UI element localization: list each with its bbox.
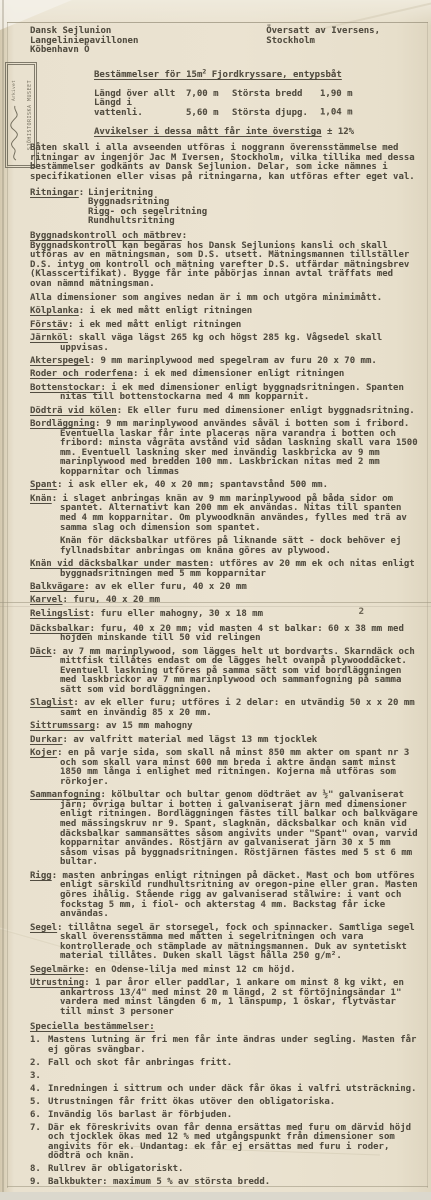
spec-section: Spant: i ask eller ek, 40 x 20 mm; spant… <box>30 481 420 491</box>
spec-section-term: Kojer <box>30 748 57 758</box>
spec-section-body: Byggnadskontroll kan begäras hos Dansk S… <box>30 242 420 290</box>
page-border-top <box>7 22 428 23</box>
spec-section-body: av 15 mm mahogny <box>106 721 193 731</box>
special-rule-text: Utrustningen får fritt ökas utöver den o… <box>48 1097 335 1107</box>
spec-section: Kojer: en på varje sida, som skall nå mi… <box>30 749 420 787</box>
spec-section-body: Ek eller furu med dimensioner enligt byg… <box>128 406 415 416</box>
special-rule-text: Inredningen i sittrum och under däck får… <box>48 1084 416 1094</box>
stamp-department-label: Arkivet <box>12 80 17 101</box>
spec-section: Knän: i slaget anbringas knän av 9 mm ma… <box>30 495 420 533</box>
spec-section-body: av ek eller furu; utföres i 2 delar: en … <box>60 698 415 718</box>
title-pre: Bestämmelser för 15m <box>94 70 202 80</box>
spec-section: Durkar: av valfritt material med lägst 1… <box>30 736 420 746</box>
special-rule-text: Balkbukter: maximum 5 % av största bredd… <box>48 1177 270 1187</box>
sender-address: Dansk SejlunionLangeliniepavillonenKöben… <box>30 27 138 56</box>
spec-section-term: Knän <box>30 494 52 504</box>
dimension-cell: 5,60 m <box>186 109 232 119</box>
special-rule-item: 3. <box>30 1072 420 1082</box>
spec-section: Slaglist: av ek eller furu; utföres i 2 … <box>30 699 420 718</box>
note-line: Alla dimensioner som angives nedan är i … <box>30 294 420 304</box>
spec-section-body: skall väga lägst 265 kg och högst 285 kg… <box>60 333 382 353</box>
special-rule-text: Mastens lutning är fri men får inte ändr… <box>48 1035 416 1055</box>
special-rule-number: 6. <box>30 1111 48 1121</box>
spec-section: Rigg: masten anbringas enligt ritningen … <box>30 872 420 920</box>
sender-line: Köbenhavn Ö <box>30 46 138 56</box>
special-rule-number: 3. <box>30 1072 48 1082</box>
spec-section: Sammanfogning: kölbultar och bultar geno… <box>30 791 420 868</box>
intro-paragraph: Båten skall i alla avseenden utföras i n… <box>30 144 420 182</box>
specifications-page2: Däcksbalkar: furu, 40 x 20 mm; vid maste… <box>30 625 420 1188</box>
spec-section: Utrustning: 1 par åror eller paddlar, 1 … <box>30 979 420 1017</box>
spec-section-term: Järnköl <box>30 333 68 343</box>
spec-section-body: furu, 40 x 20 mm <box>73 595 160 605</box>
special-rule-number: 8. <box>30 1165 48 1175</box>
spec-section-term: Sittrumssarg <box>30 721 95 731</box>
dimension-cell: 7,00 m <box>186 90 232 100</box>
spec-section-term: Durkar <box>30 735 63 745</box>
special-rule-item: 9.Balkbukter: maximum 5 % av största bre… <box>30 1178 420 1188</box>
special-rule-number: 5. <box>30 1098 48 1108</box>
dimension-row: Längd i vattenli.5,60 mStörsta djupg.1,0… <box>94 99 420 118</box>
spec-section-term: Förstäv <box>30 320 68 330</box>
special-rule-text: Fall och skot får anbringas fritt. <box>48 1058 232 1068</box>
spec-section-term: Balkvägare <box>30 582 84 592</box>
spec-section-body: i ek med mått enligt ritningen <box>79 320 242 330</box>
translator-line: Stockholm <box>266 37 380 47</box>
document-title: Bestämmelser för 15m2 Fjordkryssare, ent… <box>30 68 420 81</box>
scan-bottom-edge <box>0 1192 431 1200</box>
drawings-term: Ritningar: <box>30 189 88 227</box>
special-rule-number: 4. <box>30 1085 48 1095</box>
spec-section-body: av ek eller furu, 40 x 20 mm <box>95 582 247 592</box>
special-rule-item: 8.Rullrev är obligatoriskt. <box>30 1165 420 1175</box>
dimension-cell: Största bredd <box>232 90 320 100</box>
spec-section: Byggnadskontroll och mätbrev:Byggnadskon… <box>30 232 420 290</box>
spec-section: Bordläggning: 9 mm marinplywood användes… <box>30 420 420 478</box>
spec-section-body: i ek med dimensioner enligt ritningen <box>144 369 344 379</box>
special-rule-number: 2. <box>30 1059 48 1069</box>
stamp-handwritten-number <box>9 104 19 162</box>
spec-section: Dödträ vid kölen: Ek eller furu med dime… <box>30 407 420 417</box>
special-rule-number: 1. <box>30 1036 48 1046</box>
spec-section-term: Akterspegel <box>30 356 90 366</box>
special-rule-number: 7. <box>30 1124 48 1134</box>
spec-section-term: Segel <box>30 923 57 933</box>
special-rule-item: 5.Utrustningen får fritt ökas utöver den… <box>30 1098 420 1108</box>
spec-section-term: Slaglist <box>30 698 73 708</box>
special-rule-text: Invändig lös barlast är förbjuden. <box>48 1110 232 1120</box>
spec-section-body: 9 mm marinplywood användes såväl i botte… <box>60 419 418 477</box>
spec-section: Däcksbalkar: furu, 40 x 20 mm; vid maste… <box>30 625 420 644</box>
spec-section-body: en Odense-lilja med minst 12 cm höjd. <box>95 965 295 975</box>
spec-section-body: av 7 mm marinplywood, som lägges helt ut… <box>60 647 415 695</box>
paper-left-edge <box>2 0 4 1200</box>
spec-section-body: en på varje sida, som skall nå minst 850… <box>60 748 409 787</box>
special-rule-text: Rullrev är obligatoriskt. <box>48 1164 183 1174</box>
page-1: Dansk SejlunionLangeliniepavillonenKöben… <box>30 27 420 623</box>
dimensions-table: Längd över allt7,00 mStörsta bredd1,90 m… <box>30 90 420 119</box>
spec-section-body: 1 par åror eller paddlar, 1 ankare om mi… <box>60 978 404 1017</box>
spec-section: Däck: av 7 mm marinplywood, som lägges h… <box>30 648 420 696</box>
document-scan: { "stamp": { "museum": "SJÖHISTORISKA MU… <box>0 0 431 1200</box>
page-number: 2 <box>30 608 420 618</box>
spec-section: Segelmärke: en Odense-lilja med minst 12… <box>30 966 420 976</box>
title-post: Fjordkryssare, entypsbåt <box>206 70 341 80</box>
dimension-cell: Längd i vattenli. <box>94 99 186 118</box>
spec-section: Balkvägare: av ek eller furu, 40 x 20 mm <box>30 583 420 593</box>
spec-section: Roder och roderfena: i ek med dimensione… <box>30 370 420 380</box>
spec-section-term: Spant <box>30 480 57 490</box>
dimension-cell: 1,04 m <box>320 108 353 118</box>
archive-stamp-row: Arkivet <box>9 68 19 162</box>
spec-section-term: Byggnadskontroll och mätbrev <box>30 231 182 241</box>
spec-section: Knän vid däcksbalkar under masten: utför… <box>30 560 420 579</box>
dimension-cell: Största djupg. <box>232 109 320 119</box>
deviation-value: ± 12% <box>327 127 354 137</box>
spec-section-body: masten anbringas enligt ritningen på däc… <box>60 871 418 919</box>
translator-note: Översatt av Iversens,Stockholm <box>266 27 380 56</box>
spec-section: Kölplanka: i ek med mått enligt ritninge… <box>30 307 420 317</box>
document-title-text: Bestämmelser för 15m2 Fjordkryssare, ent… <box>94 70 342 80</box>
spec-section: Järnköl: skall väga lägst 265 kg och hög… <box>30 334 420 353</box>
spec-section: Sittrumssarg: av 15 mm mahogny <box>30 722 420 732</box>
spec-section-body: tillåtna segel är storsegel, fock och sp… <box>60 923 415 962</box>
drawings-list: Ritningar: LinjeritningByggnadsritningRi… <box>30 189 420 227</box>
spec-section-body: i slaget anbringas knän av 9 mm marinply… <box>60 494 407 533</box>
spec-section-subparagraph: Knän för däcksbalkar utföres på liknande… <box>60 537 420 556</box>
spec-section-term: Dödträ vid kölen <box>30 406 117 416</box>
dimension-row: Längd över allt7,00 mStörsta bredd1,90 m <box>94 90 420 100</box>
special-rule-item: 4.Inredningen i sittrum och under däck f… <box>30 1085 420 1095</box>
drawings-item: Rundhultsritning <box>88 217 207 227</box>
special-rules-heading: Speciella bestämmelser: <box>30 1023 420 1033</box>
special-rule-text: Där ek föreskrivits ovan får denna ersät… <box>48 1123 411 1162</box>
spec-section-body: 9 mm marinplywood med spegelram av furu … <box>100 356 376 366</box>
spec-section-body: i ask eller ek, 40 x 20 mm; spantavstånd… <box>68 480 328 490</box>
spec-section-body: furu, 40 x 20 mm; vid masten 4 st balkar… <box>60 624 404 644</box>
spec-section-body: av valfritt material med lägst 13 mm tjo… <box>73 735 317 745</box>
spec-section-body: i ek med dimensioner enligt byggnadsritn… <box>60 383 404 403</box>
spec-section-body: kölbultar och bultar genom dödträet av ½… <box>60 790 418 867</box>
spec-section: Bottenstockar: i ek med dimensioner enli… <box>30 384 420 403</box>
letterhead: Dansk SejlunionLangeliniepavillonenKöben… <box>30 27 380 56</box>
special-rule-item: 2.Fall och skot får anbringas fritt. <box>30 1059 420 1069</box>
spec-section-body: i ek med mått enligt ritningen <box>90 306 253 316</box>
spec-section: Akterspegel: 9 mm marinplywood med spege… <box>30 357 420 367</box>
dimension-cell: 1,90 m <box>320 89 353 99</box>
spec-section-term: Knän vid däcksbalkar under masten <box>30 559 209 569</box>
spec-section-term: Utrustning <box>30 978 84 988</box>
drawings-term-text: Ritningar <box>30 188 79 198</box>
page-border-right <box>427 22 428 1188</box>
specifications-page1: Byggnadskontroll och mätbrev:Byggnadskon… <box>30 232 420 619</box>
page-border-left <box>7 22 8 1188</box>
spec-section-term: Rigg <box>30 871 52 881</box>
spec-section-term: Roder och roderfena <box>30 369 133 379</box>
special-rule-item: 1.Mastens lutning är fri men får inte än… <box>30 1036 420 1055</box>
deviation-phrase: Avvikelser i dessa mått får inte översti… <box>94 127 322 137</box>
page-2: 2 Däcksbalkar: furu, 40 x 20 mm; vid mas… <box>30 608 420 1191</box>
spec-section-term: Kölplanka <box>30 306 79 316</box>
deviation-rule: Avvikelser i dessa mått får inte översti… <box>30 128 420 138</box>
spec-section: Karvel: furu, 40 x 20 mm <box>30 596 420 606</box>
spec-section: Segel: tillåtna segel är storsegel, fock… <box>30 924 420 962</box>
special-rule-number: 9. <box>30 1178 48 1188</box>
spec-section-term: Däck <box>30 647 52 657</box>
spec-section-term: Karvel <box>30 595 63 605</box>
spec-section-term: Segelmärke <box>30 965 84 975</box>
special-rule-item: 6.Invändig lös barlast är förbjuden. <box>30 1111 420 1121</box>
special-rules-heading-text: Speciella bestämmelser: <box>30 1022 155 1032</box>
spec-section: Förstäv: i ek med mått enligt ritningen <box>30 321 420 331</box>
drawings-items: LinjeritningByggnadsritningRigg- och seg… <box>88 189 207 227</box>
spec-section-term: Bordläggning <box>30 419 95 429</box>
spec-section-term: Sammanfogning <box>30 790 100 800</box>
special-rule-item: 7.Där ek föreskrivits ovan får denna ers… <box>30 1124 420 1162</box>
